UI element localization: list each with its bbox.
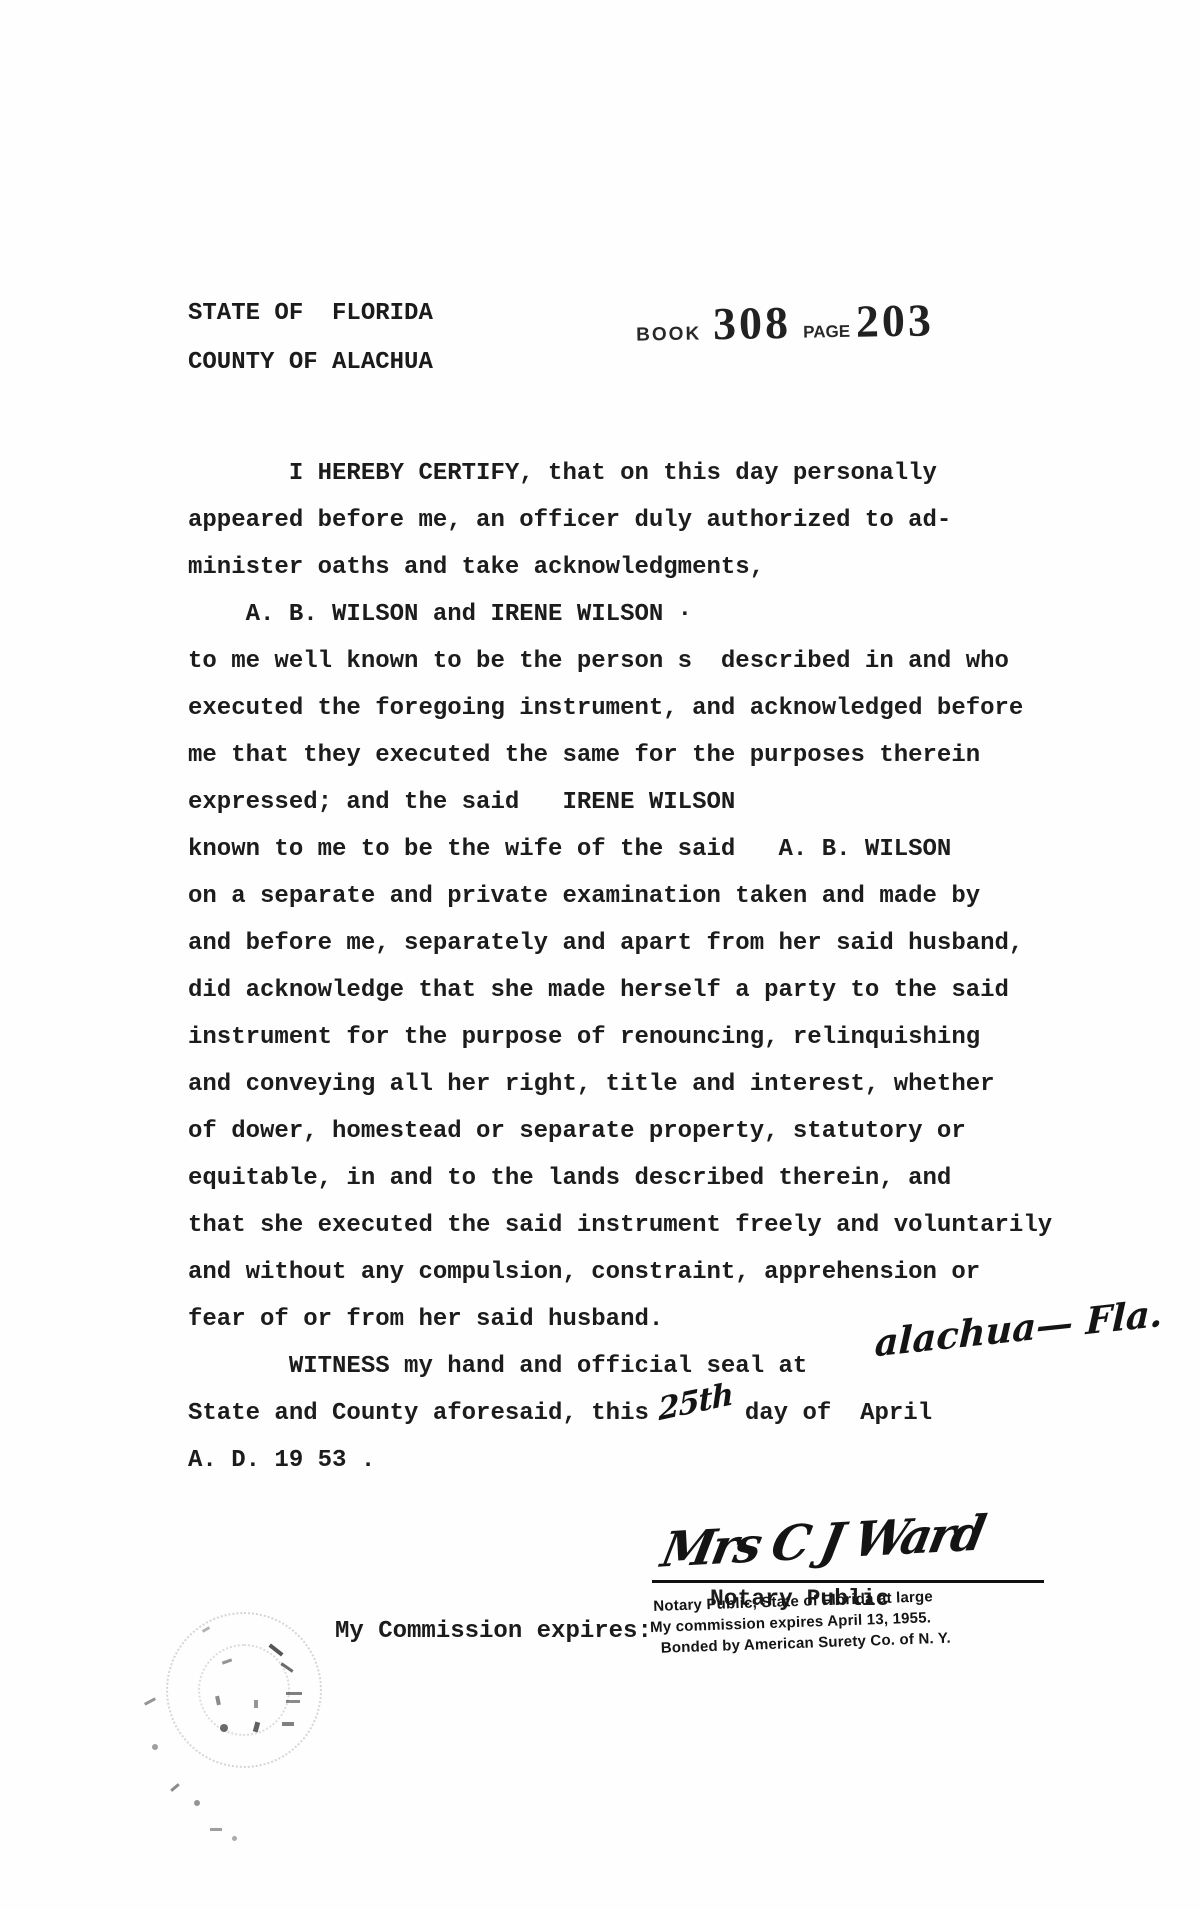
body-line: appeared before me, an officer duly auth… [188,497,1148,544]
date-line: State and County aforesaid, this25thday … [188,1390,1148,1437]
seal-mark [232,1836,237,1841]
body-line: minister oaths and take acknowledgments, [188,544,1148,591]
body-line: did acknowledge that she made herself a … [188,967,1148,1014]
body-line: me that they executed the same for the p… [188,732,1148,779]
date-line-suffix: day of April [745,1400,932,1427]
body-line: on a separate and private examination ta… [188,873,1148,920]
seal-mark [144,1697,156,1705]
body-line: known to me to be the wife of the said A… [188,826,1148,873]
signature-line [652,1580,1044,1583]
commission-expires-label: My Commission expires: [335,1618,652,1645]
notary-rubber-stamp: Notary Public, State of Florida at large… [653,1583,1015,1659]
seal-mark [254,1700,258,1708]
body-line: equitable, in and to the lands described… [188,1155,1148,1202]
seal-mark [282,1722,294,1726]
embossed-seal [158,1604,348,1854]
anno-domini-line: A. D. 19 53 . [188,1437,1148,1484]
body-line-names: A. B. WILSON and IRENE WILSON · [188,591,1148,638]
document-page: STATE OF FLORIDA COUNTY OF ALACHUA BOOK … [0,0,1200,1909]
seal-mark [286,1700,300,1703]
body-line: to me well known to be the person s desc… [188,638,1148,685]
notary-signature: Mrs C J Ward [657,1505,988,1578]
body-line: and before me, separately and apart from… [188,920,1148,967]
body-line: and without any compulsion, constraint, … [188,1249,1148,1296]
handwritten-day: 25th [658,1384,733,1420]
seal-mark [286,1692,302,1695]
body-line: instrument for the purpose of renouncing… [188,1014,1148,1061]
date-line-prefix: State and County aforesaid, this [188,1400,649,1427]
body-line: of dower, homestead or separate property… [188,1108,1148,1155]
body-line: and conveying all her right, title and i… [188,1061,1148,1108]
seal-mark [170,1783,180,1792]
seal-mark [152,1744,158,1750]
body-line: that she executed the said instrument fr… [188,1202,1148,1249]
county-line: COUNTY OF ALACHUA [188,349,433,376]
page-label: PAGE [803,322,850,343]
book-number: 308 [713,296,792,350]
seal-mark [194,1800,200,1806]
body-line: expressed; and the said IRENE WILSON [188,779,1148,826]
book-label: BOOK [636,323,701,346]
seal-inner-ring [198,1644,290,1736]
seal-mark [220,1724,228,1732]
body-line: executed the foregoing instrument, and a… [188,685,1148,732]
seal-mark [210,1828,222,1831]
body-line: I HEREBY CERTIFY, that on this day perso… [188,450,1148,497]
book-page-stamp: BOOK 308 PAGE 203 [636,293,935,351]
page-number: 203 [855,293,934,347]
state-line: STATE OF FLORIDA [188,300,433,327]
